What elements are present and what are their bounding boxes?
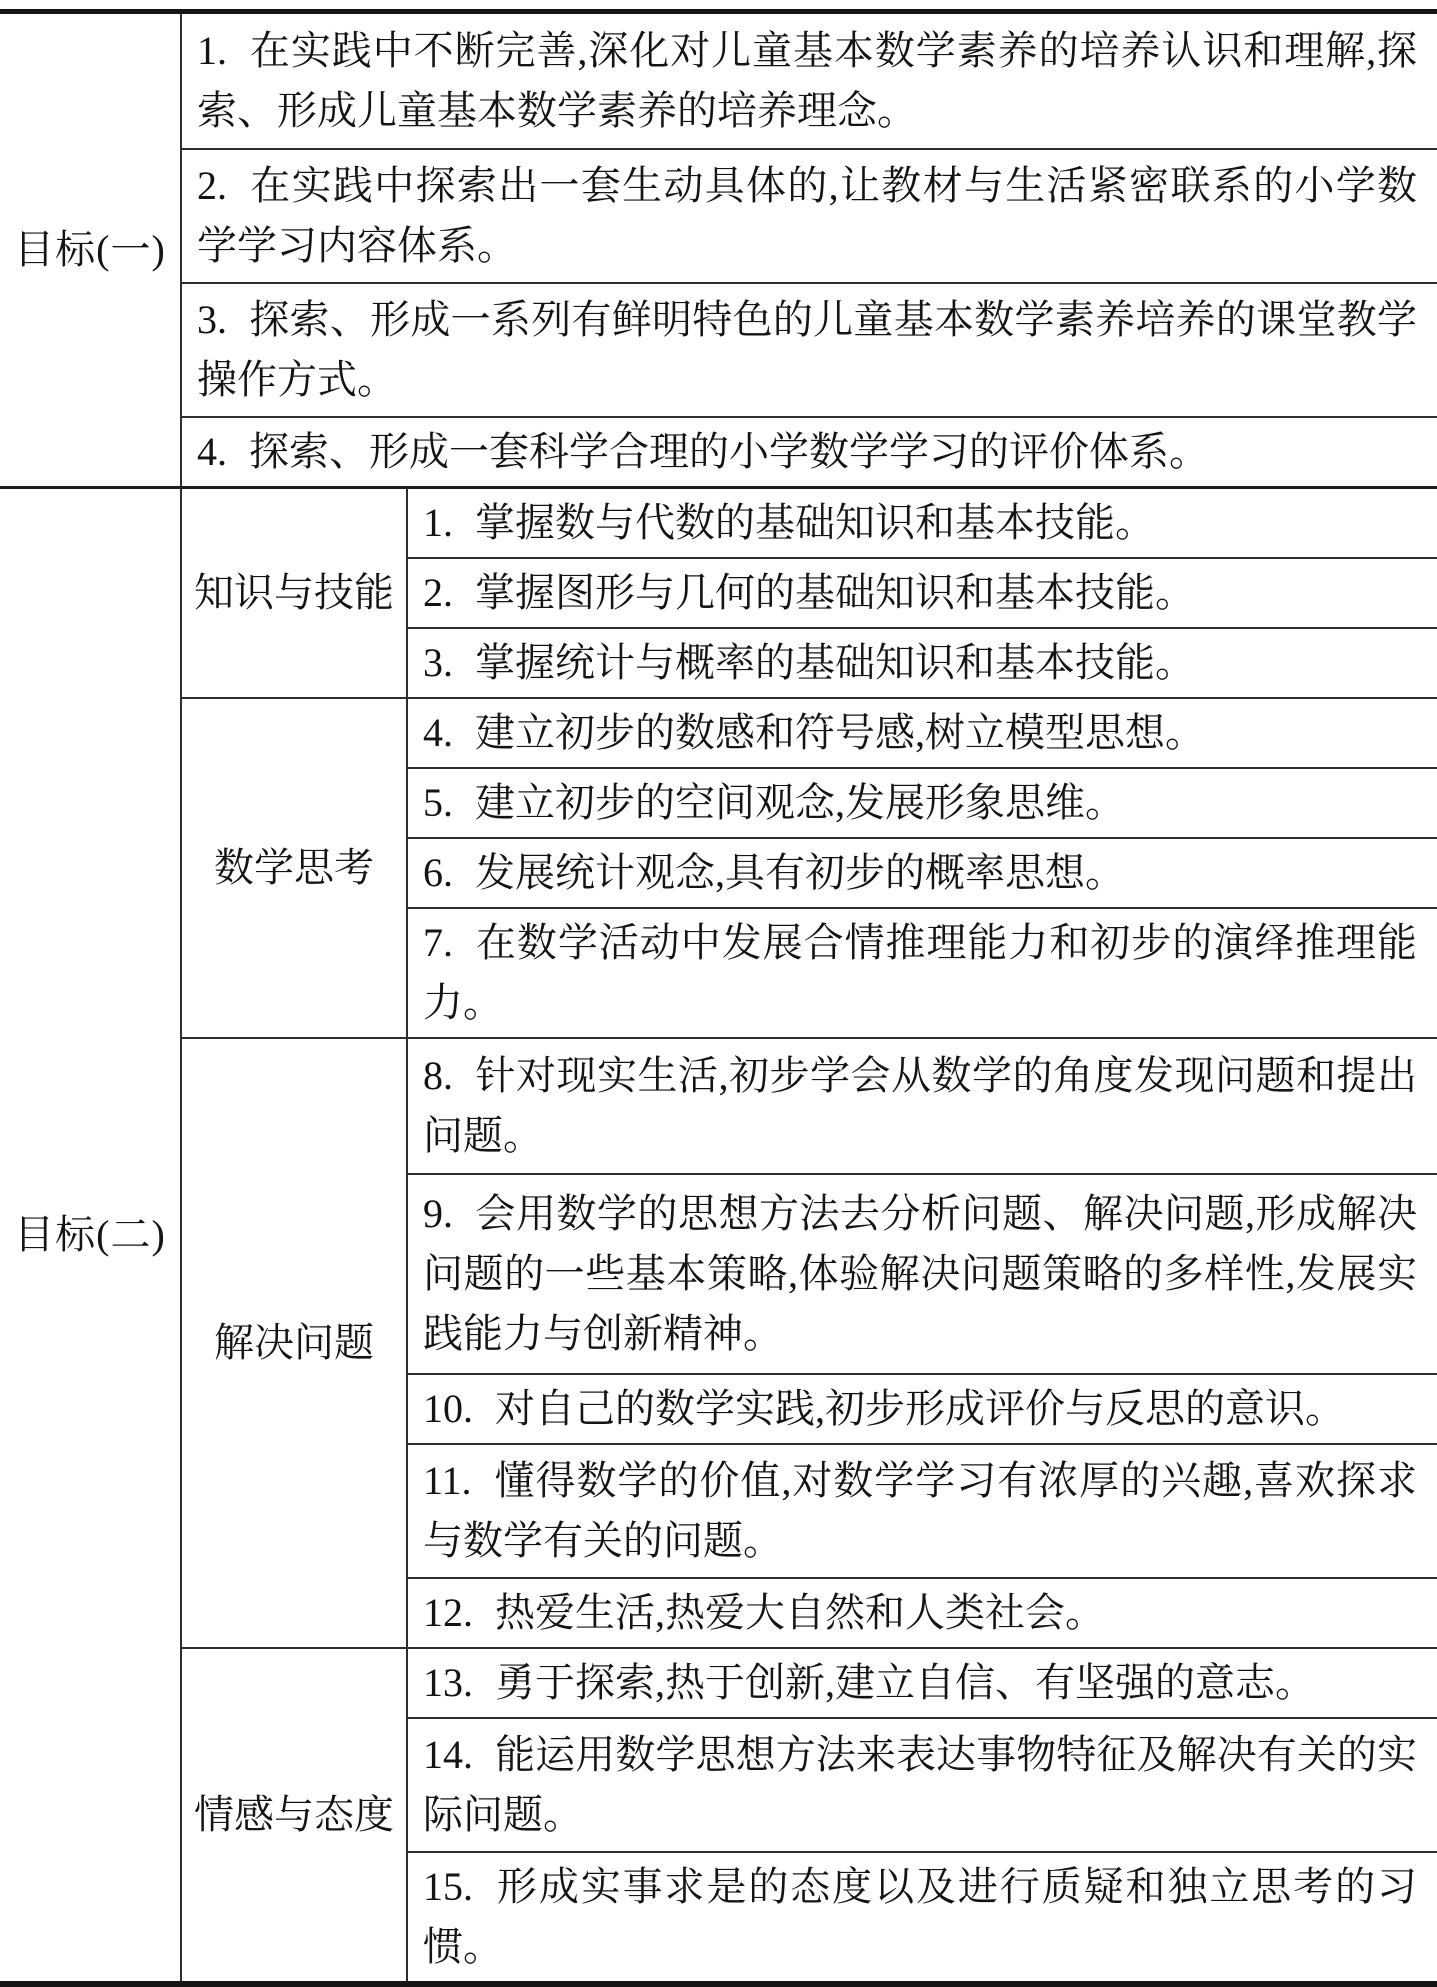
- item-text: 能运用数学思想方法来表达事物特征及解决有关的实际问题。: [423, 1732, 1417, 1837]
- item-number: 3.: [197, 297, 227, 342]
- item-row: 9.会用数学的思想方法去分析问题、解决问题,形成解决问题的一些基本策略,体验解决…: [408, 1173, 1437, 1373]
- item-paragraph: 7.在数学活动中发展合情推理能力和初步的演绎推理能力。: [423, 913, 1417, 1033]
- item-text: 在实践中探索出一套生动具体的,让教材与生活紧密联系的小学数学学习内容体系。: [197, 163, 1417, 268]
- item-number: 6.: [423, 850, 453, 895]
- item-paragraph: 9.会用数学的思想方法去分析问题、解决问题,形成解决问题的一些基本策略,体验解决…: [423, 1184, 1417, 1364]
- item-paragraph: 14.能运用数学思想方法来表达事物特征及解决有关的实际问题。: [423, 1725, 1417, 1845]
- goal-one-label-cell: 目标(一): [0, 14, 182, 486]
- item-row: 7.在数学活动中发展合情推理能力和初步的演绎推理能力。: [408, 907, 1437, 1037]
- item-paragraph: 13.勇于探索,热于创新,建立自信、有坚强的意志。: [423, 1653, 1315, 1713]
- item-row: 1.在实践中不断完善,深化对儿童基本数学素养的培养认识和理解,探索、形成儿童基本…: [182, 14, 1437, 148]
- item-text: 建立初步的数感和符号感,树立模型思想。: [475, 710, 1205, 755]
- item-number: 4.: [423, 710, 453, 755]
- item-paragraph: 1.掌握数与代数的基础知识和基本技能。: [423, 493, 1155, 553]
- item-number: 7.: [423, 920, 453, 965]
- category-label: 知识与技能: [194, 563, 394, 623]
- item-paragraph: 5.建立初步的空间观念,发展形象思维。: [423, 773, 1125, 833]
- category-label: 数学思考: [214, 838, 374, 898]
- item-row: 3.掌握统计与概率的基础知识和基本技能。: [408, 627, 1437, 697]
- category-cell: 知识与技能: [182, 489, 408, 697]
- category-group-math-thinking: 数学思考 4.建立初步的数感和符号感,树立模型思想。 5.建立初步的空间观念,发…: [182, 697, 1437, 1037]
- item-row: 1.掌握数与代数的基础知识和基本技能。: [408, 489, 1437, 557]
- item-row: 2.掌握图形与几何的基础知识和基本技能。: [408, 557, 1437, 627]
- item-number: 8.: [423, 1053, 453, 1098]
- item-text: 探索、形成一套科学合理的小学数学学习的评价体系。: [249, 429, 1209, 474]
- item-number: 2.: [423, 570, 453, 615]
- goal-two-section: 目标(二) 知识与技能 1.掌握数与代数的基础知识和基本技能。 2.掌握图形与几…: [0, 489, 1437, 1981]
- item-text: 对自己的数学实践,初步形成评价与反思的意识。: [495, 1386, 1345, 1431]
- item-text: 探索、形成一系列有鲜明特色的儿童基本数学素养培养的课堂教学操作方式。: [197, 297, 1417, 402]
- item-row: 10.对自己的数学实践,初步形成评价与反思的意识。: [408, 1373, 1437, 1443]
- item-text: 建立初步的空间观念,发展形象思维。: [475, 780, 1125, 825]
- item-text: 懂得数学的价值,对数学学习有浓厚的兴趣,喜欢探求与数学有关的问题。: [423, 1458, 1417, 1563]
- item-paragraph: 12.热爱生活,热爱大自然和人类社会。: [423, 1583, 1105, 1643]
- item-paragraph: 6.发展统计观念,具有初步的概率思想。: [423, 843, 1125, 903]
- item-text: 发展统计观念,具有初步的概率思想。: [475, 850, 1125, 895]
- item-number: 9.: [423, 1191, 453, 1236]
- item-number: 14.: [423, 1732, 473, 1777]
- item-paragraph: 1.在实践中不断完善,深化对儿童基本数学素养的培养认识和理解,探索、形成儿童基本…: [197, 21, 1417, 141]
- item-paragraph: 3.探索、形成一系列有鲜明特色的儿童基本数学素养培养的课堂教学操作方式。: [197, 290, 1417, 410]
- item-number: 12.: [423, 1590, 473, 1635]
- goal-one-section: 目标(一) 1.在实践中不断完善,深化对儿童基本数学素养的培养认识和理解,探索、…: [0, 14, 1437, 489]
- category-group-problem-solving: 解决问题 8.针对现实生活,初步学会从数学的角度发现问题和提出问题。 9.会用数…: [182, 1037, 1437, 1647]
- item-number: 13.: [423, 1660, 473, 1705]
- item-paragraph: 4.探索、形成一套科学合理的小学数学学习的评价体系。: [197, 422, 1209, 482]
- item-number: 2.: [197, 163, 227, 208]
- category-group-knowledge-skills: 知识与技能 1.掌握数与代数的基础知识和基本技能。 2.掌握图形与几何的基础知识…: [182, 489, 1437, 697]
- item-number: 10.: [423, 1386, 473, 1431]
- item-row: 4.探索、形成一套科学合理的小学数学学习的评价体系。: [182, 416, 1437, 486]
- item-row: 8.针对现实生活,初步学会从数学的角度发现问题和提出问题。: [408, 1039, 1437, 1173]
- item-paragraph: 4.建立初步的数感和符号感,树立模型思想。: [423, 703, 1205, 763]
- item-number: 1.: [423, 500, 453, 545]
- item-text: 勇于探索,热于创新,建立自信、有坚强的意志。: [495, 1660, 1315, 1705]
- item-number: 3.: [423, 640, 453, 685]
- item-number: 5.: [423, 780, 453, 825]
- category-items: 1.掌握数与代数的基础知识和基本技能。 2.掌握图形与几何的基础知识和基本技能。…: [408, 489, 1437, 697]
- item-text: 热爱生活,热爱大自然和人类社会。: [495, 1590, 1105, 1635]
- item-text: 在实践中不断完善,深化对儿童基本数学素养的培养认识和理解,探索、形成儿童基本数学…: [197, 28, 1417, 133]
- item-row: 6.发展统计观念,具有初步的概率思想。: [408, 837, 1437, 907]
- category-label: 解决问题: [214, 1313, 374, 1373]
- category-cell: 数学思考: [182, 699, 408, 1037]
- item-number: 4.: [197, 429, 227, 474]
- goal-two-label-cell: 目标(二): [0, 489, 182, 1981]
- item-paragraph: 8.针对现实生活,初步学会从数学的角度发现问题和提出问题。: [423, 1046, 1417, 1166]
- goal-two-content: 知识与技能 1.掌握数与代数的基础知识和基本技能。 2.掌握图形与几何的基础知识…: [182, 489, 1437, 1981]
- item-text: 会用数学的思想方法去分析问题、解决问题,形成解决问题的一些基本策略,体验解决问题…: [423, 1191, 1417, 1356]
- category-items: 13.勇于探索,热于创新,建立自信、有坚强的意志。 14.能运用数学思想方法来表…: [408, 1649, 1437, 1981]
- item-number: 1.: [197, 28, 227, 73]
- item-text: 在数学活动中发展合情推理能力和初步的演绎推理能力。: [423, 920, 1417, 1025]
- item-row: 12.热爱生活,热爱大自然和人类社会。: [408, 1577, 1437, 1647]
- item-row: 11.懂得数学的价值,对数学学习有浓厚的兴趣,喜欢探求与数学有关的问题。: [408, 1443, 1437, 1577]
- item-text: 掌握图形与几何的基础知识和基本技能。: [475, 570, 1195, 615]
- goal-two-label: 目标(二): [14, 1205, 166, 1265]
- item-row: 2.在实践中探索出一套生动具体的,让教材与生活紧密联系的小学数学学习内容体系。: [182, 148, 1437, 282]
- category-cell: 情感与态度: [182, 1649, 408, 1981]
- objectives-table: 目标(一) 1.在实践中不断完善,深化对儿童基本数学素养的培养认识和理解,探索、…: [0, 9, 1437, 1987]
- item-row: 3.探索、形成一系列有鲜明特色的儿童基本数学素养培养的课堂教学操作方式。: [182, 282, 1437, 416]
- category-label: 情感与态度: [194, 1785, 394, 1845]
- item-row: 4.建立初步的数感和符号感,树立模型思想。: [408, 699, 1437, 767]
- item-paragraph: 10.对自己的数学实践,初步形成评价与反思的意识。: [423, 1379, 1345, 1439]
- item-row: 14.能运用数学思想方法来表达事物特征及解决有关的实际问题。: [408, 1717, 1437, 1851]
- item-paragraph: 2.掌握图形与几何的基础知识和基本技能。: [423, 563, 1195, 623]
- item-paragraph: 3.掌握统计与概率的基础知识和基本技能。: [423, 633, 1195, 693]
- item-text: 针对现实生活,初步学会从数学的角度发现问题和提出问题。: [423, 1053, 1417, 1158]
- item-text: 形成实事求是的态度以及进行质疑和独立思考的习惯。: [423, 1864, 1417, 1969]
- category-items: 8.针对现实生活,初步学会从数学的角度发现问题和提出问题。 9.会用数学的思想方…: [408, 1039, 1437, 1647]
- item-text: 掌握数与代数的基础知识和基本技能。: [475, 500, 1155, 545]
- item-paragraph: 11.懂得数学的价值,对数学学习有浓厚的兴趣,喜欢探求与数学有关的问题。: [423, 1451, 1417, 1571]
- category-items: 4.建立初步的数感和符号感,树立模型思想。 5.建立初步的空间观念,发展形象思维…: [408, 699, 1437, 1037]
- item-row: 15.形成实事求是的态度以及进行质疑和独立思考的习惯。: [408, 1851, 1437, 1981]
- item-paragraph: 15.形成实事求是的态度以及进行质疑和独立思考的习惯。: [423, 1857, 1417, 1977]
- goal-one-content: 1.在实践中不断完善,深化对儿童基本数学素养的培养认识和理解,探索、形成儿童基本…: [182, 14, 1437, 486]
- category-cell: 解决问题: [182, 1039, 408, 1647]
- item-row: 5.建立初步的空间观念,发展形象思维。: [408, 767, 1437, 837]
- item-number: 15.: [423, 1864, 473, 1909]
- goal-one-label: 目标(一): [14, 220, 166, 280]
- item-text: 掌握统计与概率的基础知识和基本技能。: [475, 640, 1195, 685]
- category-group-emotion-attitude: 情感与态度 13.勇于探索,热于创新,建立自信、有坚强的意志。 14.能运用数学…: [182, 1647, 1437, 1981]
- item-paragraph: 2.在实践中探索出一套生动具体的,让教材与生活紧密联系的小学数学学习内容体系。: [197, 156, 1417, 276]
- item-row: 13.勇于探索,热于创新,建立自信、有坚强的意志。: [408, 1649, 1437, 1717]
- item-number: 11.: [423, 1458, 472, 1503]
